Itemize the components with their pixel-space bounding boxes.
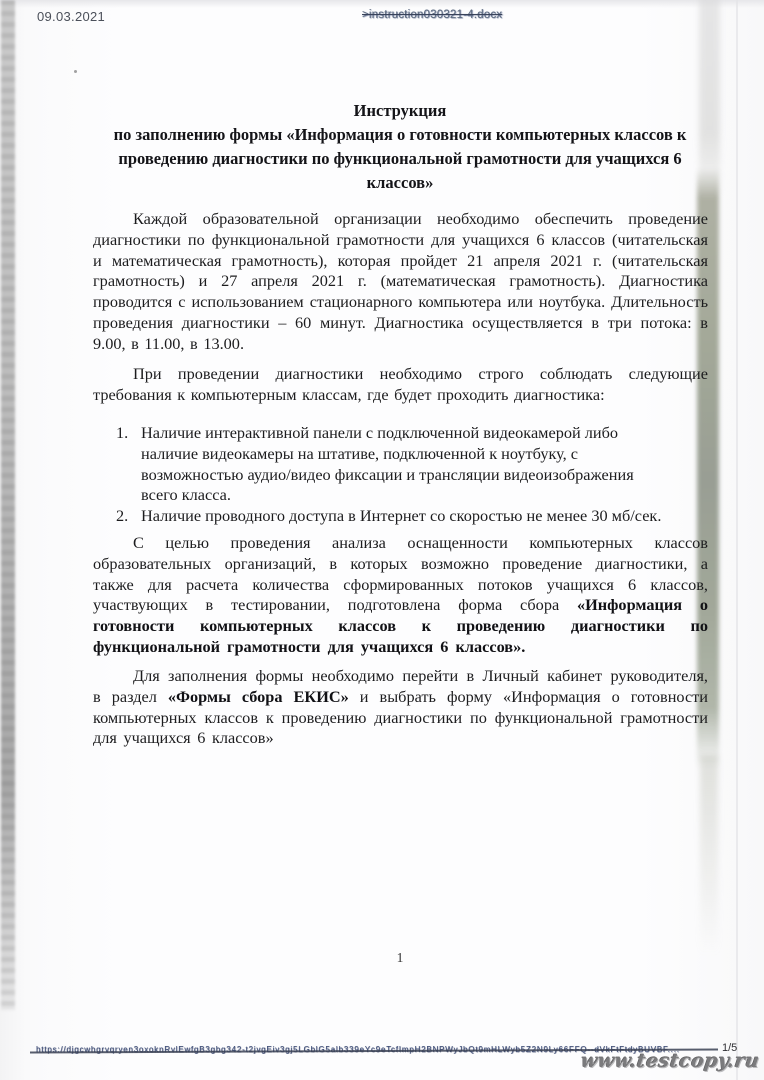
paragraph-how-to-fill-bold-section-name: «Формы сбора ЕКИС» (168, 687, 349, 706)
title-line-1: Инструкция (93, 99, 707, 123)
page-number: 1 (93, 950, 707, 966)
scanned-document-page: 09.03.2021 >instruction030321-4.docx Инс… (0, 0, 764, 1080)
print-header-date: 09.03.2021 (37, 9, 105, 24)
list-item-1: 1. Наличие интерактивной панели с подклю… (116, 423, 702, 506)
requirements-list: 1. Наличие интерактивной панели с подклю… (116, 423, 702, 527)
title-line-2: по заполнению формы «Информация о готовн… (93, 123, 707, 147)
print-header-filename: >instruction030321-4.docx (362, 9, 502, 21)
list-item-1-text: Наличие интерактивной панели с подключен… (141, 423, 638, 506)
title-line-4: классов» (93, 171, 707, 195)
list-item-2-number: 2. (116, 506, 141, 527)
document-title: Инструкция по заполнению формы «Информац… (93, 99, 707, 195)
scan-left-edge-artifact (1, 0, 15, 1010)
paragraph-form-purpose: С целью проведения анализа оснащенности … (93, 533, 708, 658)
testcopy-watermark: www.testcopy.ru (579, 1050, 761, 1072)
scan-top-shadow (0, 0, 764, 8)
list-item-2-text: Наличие проводного доступа в Интернет со… (141, 506, 661, 527)
scan-right-edge-line (736, 0, 738, 1080)
paragraph-diagnostics-overview: Каждой образовательной организации необх… (93, 209, 708, 355)
scan-speck-artifact (74, 70, 77, 73)
paragraph-how-to-fill: Для заполнения формы необходимо перейти … (93, 666, 708, 749)
scan-right-edge-artifact-bottom (700, 755, 718, 955)
title-line-3: проведению диагностики по функциональной… (93, 147, 707, 171)
list-item-2: 2. Наличие проводного доступа в Интернет… (116, 506, 702, 527)
list-item-1-number: 1. (116, 423, 141, 444)
paragraph-requirements-intro: При проведении диагностики необходимо ст… (93, 364, 708, 406)
